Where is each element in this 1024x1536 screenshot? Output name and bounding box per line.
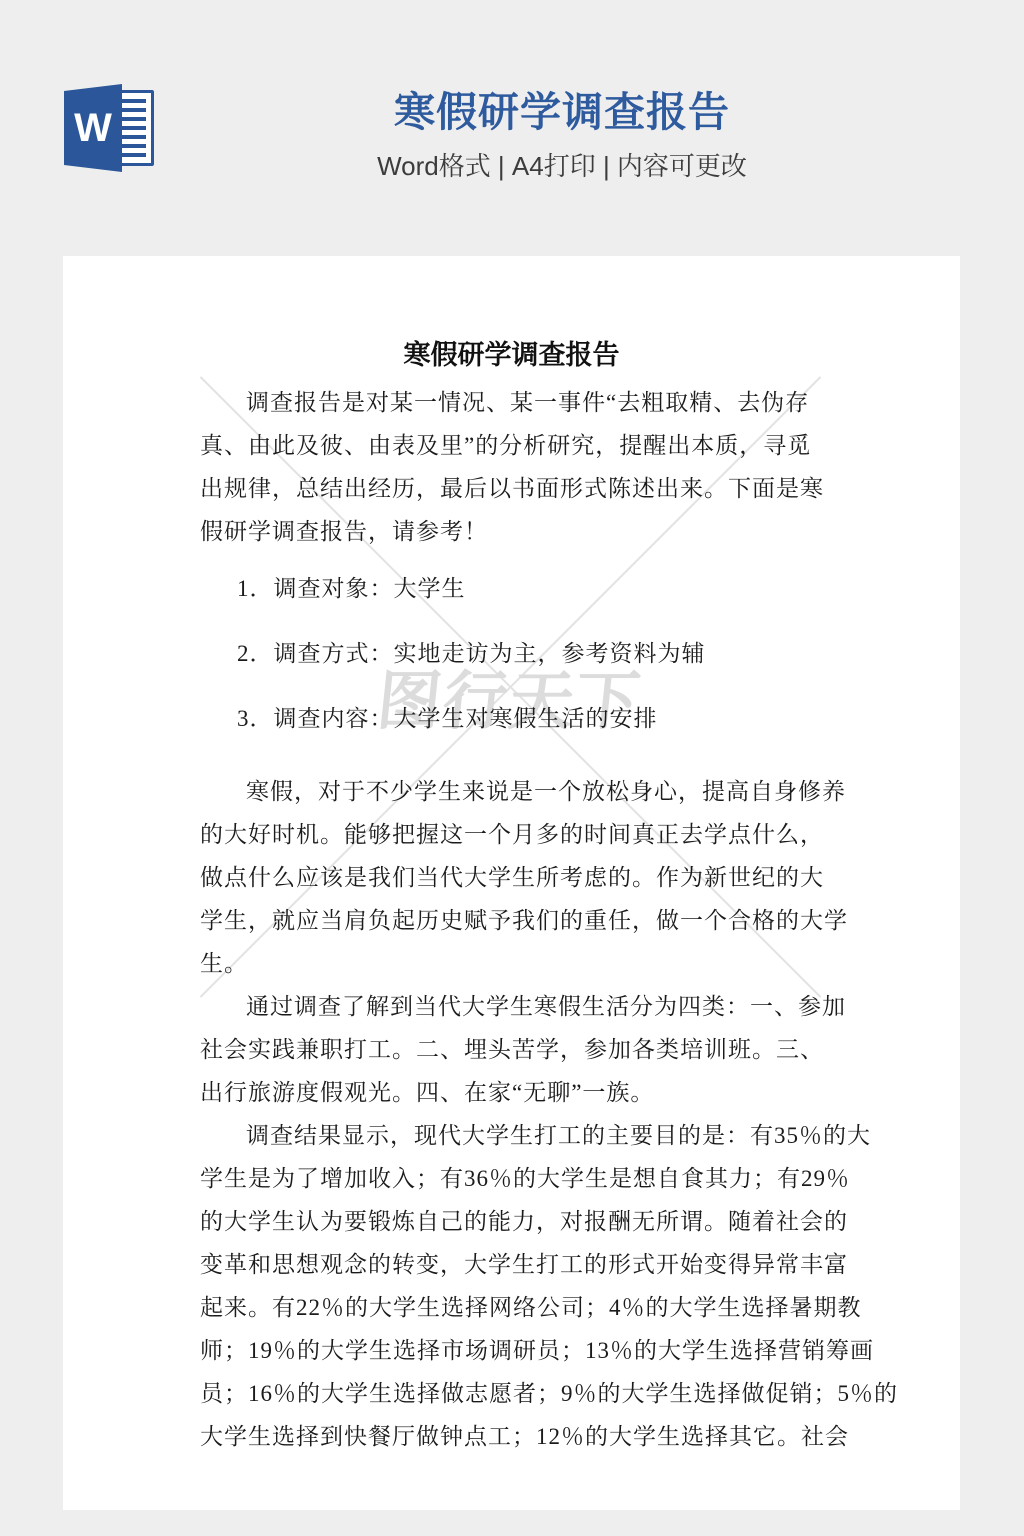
header-text: 寒假研学调查报告 Word格式 | A4打印 | 内容可更改 (100, 88, 1024, 183)
text-line: 学生是为了增加收入；有36％的大学生是想自食其力；有29％ (200, 1157, 823, 1200)
text-line: 做点什么应该是我们当代大学生所考虑的。作为新世纪的大 (200, 856, 823, 899)
text-line: 2．调查方式：实地走访为主，参考资料为辅 (200, 632, 823, 675)
text-line: 出行旅游度假观光。四、在家“无聊”一族。 (200, 1071, 823, 1114)
text-line: 调查报告是对某一情况、某一事件“去粗取精、去伪存 (200, 381, 823, 424)
text-line: 变革和思想观念的转变，大学生打工的形式开始变得异常丰富 (200, 1243, 823, 1286)
header-title: 寒假研学调查报告 (100, 88, 1024, 136)
text-line: 通过调查了解到当代大学生寒假生活分为四类：一、参加 (200, 985, 823, 1028)
text-line: 假研学调查报告，请参考！ (200, 510, 823, 553)
text-line: 调查结果显示，现代大学生打工的主要目的是：有35％的大 (200, 1114, 823, 1157)
list-item: 3．调查内容：大学生对寒假生活的安排 (200, 697, 823, 740)
text-line: 真、由此及彼、由表及里”的分析研究，提醒出本质，寻觅 (200, 424, 823, 467)
doc-content: 寒假研学调查报告 调查报告是对某一情况、某一事件“去粗取精、去伪存真、由此及彼、… (63, 336, 960, 1458)
paragraph: 寒假，对于不少学生来说是一个放松身心，提高自身修养的大好时机。能够把握这一个月多… (200, 770, 823, 985)
doc-body: 调查报告是对某一情况、某一事件“去粗取精、去伪存真、由此及彼、由表及里”的分析研… (200, 381, 823, 1458)
paragraph: 调查报告是对某一情况、某一事件“去粗取精、去伪存真、由此及彼、由表及里”的分析研… (200, 381, 823, 553)
doc-page: 图行天下 寒假研学调查报告 调查报告是对某一情况、某一事件“去粗取精、去伪存真、… (63, 256, 960, 1510)
header-subtitle: Word格式 | A4打印 | 内容可更改 (100, 146, 1024, 183)
text-line: 的大好时机。能够把握这一个月多的时间真正去学点什么， (200, 813, 823, 856)
page-background: { "header": { "icon_letter": "W", "title… (0, 0, 1024, 1536)
text-line: 3．调查内容：大学生对寒假生活的安排 (200, 697, 823, 740)
text-line: 社会实践兼职打工。二、埋头苦学，参加各类培训班。三、 (200, 1028, 823, 1071)
text-line: 员；16％的大学生选择做志愿者；9％的大学生选择做促销；5％的 (200, 1372, 823, 1415)
header: W 寒假研学调查报告 Word格式 | A4打印 | 内容可更改 (0, 0, 1024, 256)
text-line: 生。 (200, 942, 823, 985)
doc-title: 寒假研学调查报告 (200, 336, 823, 374)
paragraph: 通过调查了解到当代大学生寒假生活分为四类：一、参加社会实践兼职打工。二、埋头苦学… (200, 985, 823, 1114)
text-line: 的大学生认为要锻炼自己的能力，对报酬无所谓。随着社会的 (200, 1200, 823, 1243)
list-item: 1．调查对象：大学生 (200, 567, 823, 610)
text-line: 1．调查对象：大学生 (200, 567, 823, 610)
text-line: 起来。有22％的大学生选择网络公司；4％的大学生选择暑期教 (200, 1286, 823, 1329)
text-line: 师；19％的大学生选择市场调研员；13％的大学生选择营销筹画 (200, 1329, 823, 1372)
text-line: 寒假，对于不少学生来说是一个放松身心，提高自身修养 (200, 770, 823, 813)
text-line: 学生，就应当肩负起历史赋予我们的重任，做一个合格的大学 (200, 899, 823, 942)
list-item: 2．调查方式：实地走访为主，参考资料为辅 (200, 632, 823, 675)
text-line: 大学生选择到快餐厅做钟点工；12％的大学生选择其它。社会 (200, 1415, 823, 1458)
text-line: 出规律，总结出经历，最后以书面形式陈述出来。下面是寒 (200, 467, 823, 510)
paragraph: 调查结果显示，现代大学生打工的主要目的是：有35％的大学生是为了增加收入；有36… (200, 1114, 823, 1458)
